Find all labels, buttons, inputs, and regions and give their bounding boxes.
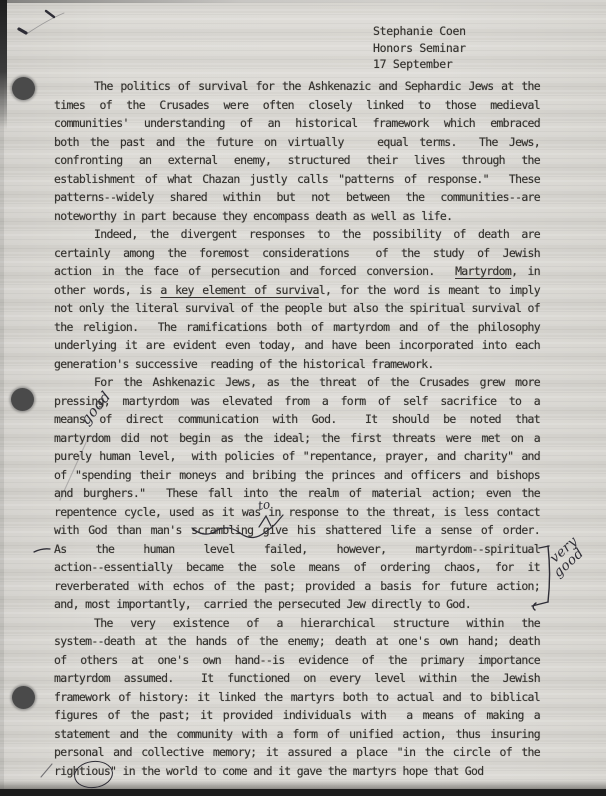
text-line: martyrdom assumed. It functioned on ever… — [54, 669, 540, 688]
text-line: figures of the past; it provided individ… — [54, 706, 540, 725]
slash-before-rightious — [41, 764, 52, 777]
text-line: patterns--widely shared within but not b… — [54, 188, 540, 207]
scanned-page: Stephanie Coen Honors Seminar 17 Septemb… — [0, 0, 606, 796]
text-line: other words, is a key element of surviva… — [54, 281, 540, 300]
annotation-inserted-to: to — [257, 497, 271, 513]
topleft-faint-stroke — [28, 13, 64, 33]
circled-typo: tiou — [79, 764, 104, 778]
text-line: framework of history: it linked the mart… — [54, 688, 540, 707]
annotation-very-good: very good — [548, 535, 589, 576]
hole-punch-bottom — [12, 686, 35, 709]
text-line: pressing, martyrdom was elevated from a … — [54, 392, 540, 411]
text-line: communities' understanding of an histori… — [54, 114, 540, 133]
text-line: both the past and the future on virtuall… — [54, 133, 540, 152]
header-block: Stephanie Coen Honors Seminar 17 Septemb… — [373, 23, 466, 73]
text-line: with God than man's scrambling give his … — [54, 521, 540, 540]
text-line: underlying it are evident even today, an… — [54, 336, 540, 355]
text-line: statement and the community with a form … — [54, 725, 540, 744]
text-line: The politics of survival for the Ashkena… — [54, 77, 540, 96]
text-line: For the Ashkenazic Jews, as the threat o… — [54, 373, 540, 392]
text-line: personal and collective memory; it assur… — [54, 743, 540, 762]
text-line: rightious" in the world to come and it g… — [54, 762, 540, 781]
text-line: purely human level, with policies of "re… — [54, 447, 540, 466]
text-line: reverberated with echos of the past; pro… — [54, 577, 540, 596]
text-line: action--essentially became the sole mean… — [54, 558, 540, 577]
text-line: the religion. The ramifications both of … — [54, 318, 540, 337]
right-bracket-top — [539, 546, 549, 548]
scan-edge-bottom — [0, 789, 606, 796]
text-line: of "spending their moneys and bribing th… — [54, 466, 540, 485]
hole-punch-top — [12, 77, 35, 100]
topleft-ink-blob-icon — [19, 29, 26, 33]
text-line: times of the Crusades were often closely… — [54, 96, 540, 115]
text-line: As the human level failed, however, mart… — [54, 540, 540, 559]
text-line: certainly among the foremost considerati… — [54, 244, 540, 263]
author-line: Stephanie Coen — [373, 23, 466, 40]
essay-text: The politics of survival for the Ashkena… — [54, 77, 540, 780]
margin-dash-mark — [34, 549, 50, 552]
text-line: not only the literal survival of the peo… — [54, 299, 540, 318]
text-line: repentence cycle, used as it was in resp… — [54, 503, 540, 522]
scan-edge-left-dark — [0, 0, 7, 130]
topleft-ink-mark-icon — [46, 11, 54, 17]
scan-edge-top — [0, 0, 606, 3]
text-line: noteworthy in part because they encompas… — [54, 207, 540, 226]
text-line: means of direct communication with God. … — [54, 410, 540, 429]
text-line: generation's successive reading of the h… — [54, 355, 540, 374]
text-line: of others at one's own hand--is evidence… — [54, 651, 540, 670]
text-line: confronting an external enemy, structure… — [54, 151, 540, 170]
text-line: system--death at the hands of the enemy;… — [54, 632, 540, 651]
text-line: martyrdom did not begin as the ideal; th… — [54, 429, 540, 448]
course-line: Honors Seminar — [373, 40, 466, 57]
text-line: and burghers." These fall into the realm… — [54, 484, 540, 503]
text-line: and, most importantly, carried the perse… — [54, 595, 540, 614]
text-line: establishment of what Chazan justly call… — [54, 170, 540, 189]
text-line: action in the face of persecution and fo… — [54, 262, 540, 281]
hole-punch-middle — [11, 388, 34, 411]
text-line: Indeed, the divergent responses to the p… — [54, 225, 540, 244]
date-line: 17 September — [373, 56, 466, 73]
text-line: The very existence of a hierarchical str… — [54, 614, 540, 633]
